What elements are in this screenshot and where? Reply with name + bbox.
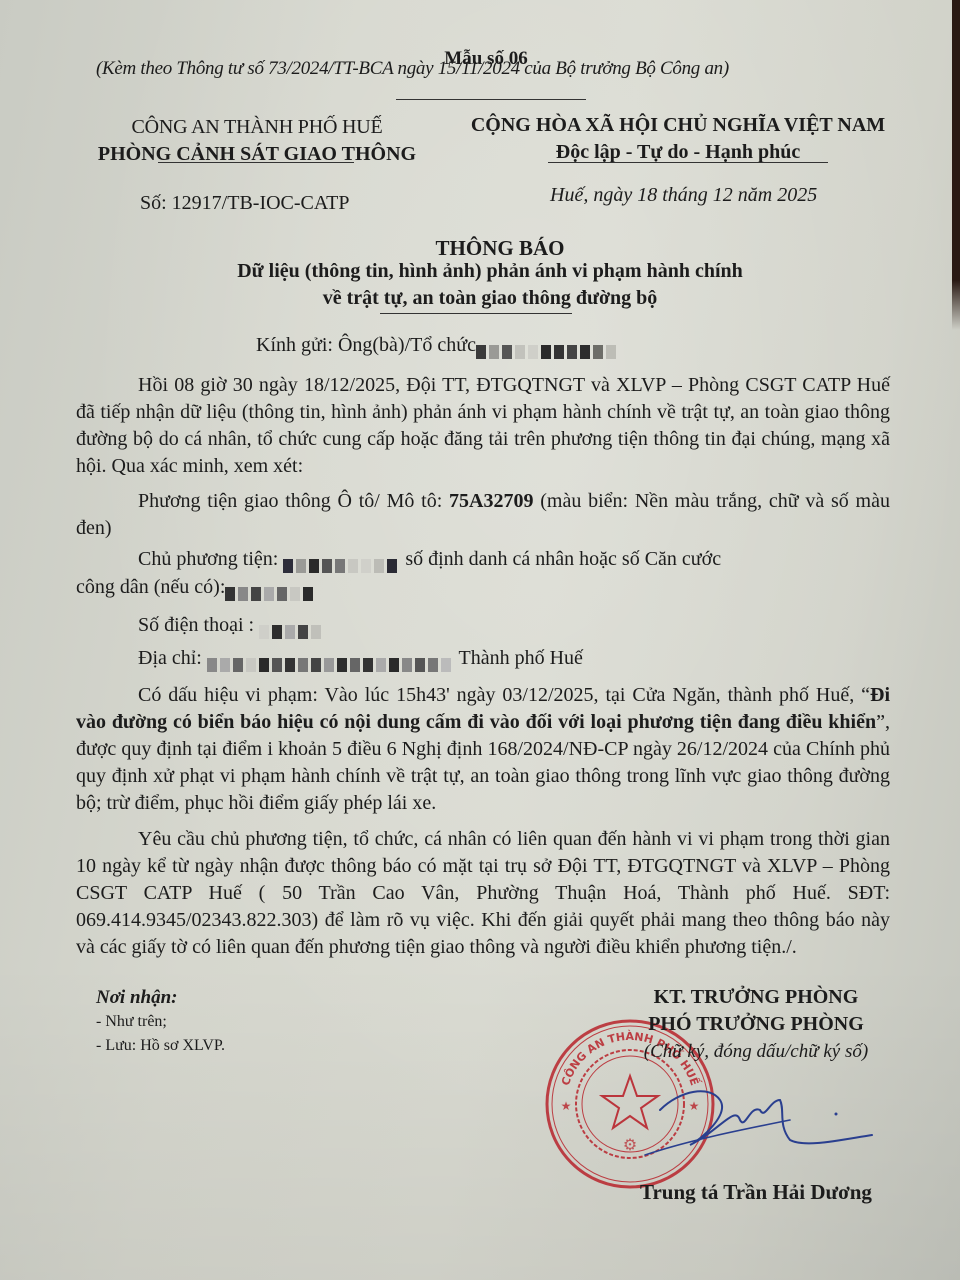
divider [396, 99, 586, 100]
recipients-block: Nơi nhận: - Như trên; - Lưu: Hồ sơ XLVP. [96, 986, 225, 1058]
paragraph-violation: Có dấu hiệu vi phạm: Vào lúc 15h43' ngày… [76, 682, 890, 817]
place-date: Huế, ngày 18 tháng 12 năm 2025 [550, 184, 817, 207]
document-subtitle: Dữ liệu (thông tin, hình ảnh) phản ánh v… [0, 258, 960, 312]
address-line: Địa chỉ: Thành phố Huế [138, 647, 583, 670]
redacted-phone [259, 619, 324, 633]
signature-block: KT. TRƯỞNG PHÒNG PHÓ TRƯỞNG PHÒNG (Chữ k… [596, 984, 916, 1065]
signer-title-2: PHÓ TRƯỞNG PHÒNG [596, 1011, 916, 1038]
license-plate: 75A32709 [449, 490, 533, 512]
subtitle-line-2: về trật tự, an toàn giao thông đường bộ [10, 285, 960, 312]
phone-line: Số điện thoại : [138, 614, 324, 637]
divider [158, 162, 354, 163]
agency-department: PHÒNG CẢNH SÁT GIAO THÔNG [82, 141, 432, 168]
signer-name: Trung tá Trần Hải Dương [640, 1180, 872, 1205]
signature-note: (Chữ ký, đóng dấu/chữ ký số) [596, 1038, 916, 1065]
agency-parent: CÔNG AN THÀNH PHỐ HUẾ [82, 114, 432, 141]
salutation-label: Kính gửi: Ông(bà)/Tổ chức [256, 334, 476, 356]
nation-header: CỘNG HÒA XÃ HỘI CHỦ NGHĨA VIỆT NAM Độc l… [448, 112, 908, 166]
recipients-heading: Nơi nhận: [96, 986, 225, 1010]
redacted-owner-name [283, 553, 400, 567]
salutation: Kính gửi: Ông(bà)/Tổ chức [256, 334, 619, 357]
paragraph-vehicle: Phương tiện giao thông Ô tô/ Mô tô: 75A3… [76, 488, 890, 542]
owner-id-line: công dân (nếu có): [76, 576, 316, 599]
subtitle-line-1: Dữ liệu (thông tin, hình ảnh) phản ánh v… [10, 258, 960, 285]
svg-text:★: ★ [561, 1099, 572, 1113]
redacted-address [207, 652, 454, 666]
svg-text:⚙: ⚙ [623, 1135, 637, 1154]
document-number: Số: 12917/TB-IOC-CATP [140, 192, 349, 215]
redacted-id-number [225, 581, 316, 595]
signer-title-1: KT. TRƯỞNG PHÒNG [596, 984, 916, 1011]
nation-name: CỘNG HÒA XÃ HỘI CHỦ NGHĨA VIỆT NAM [448, 112, 908, 139]
agency-header: CÔNG AN THÀNH PHỐ HUẾ PHÒNG CẢNH SÁT GIA… [82, 114, 432, 168]
handwritten-signature [640, 1070, 880, 1170]
recipient-item: - Lưu: Hồ sơ XLVP. [96, 1034, 225, 1058]
divider [548, 162, 828, 163]
owner-line: Chủ phương tiện: số định danh cá nhân ho… [138, 548, 721, 571]
paragraph-request: Yêu cầu chủ phương tiện, tổ chức, cá nhâ… [76, 826, 890, 961]
form-reference: (Kèm theo Thông tư số 73/2024/TT-BCA ngà… [96, 58, 729, 80]
divider [380, 313, 572, 314]
redacted-recipient-name [476, 339, 619, 353]
paragraph-received: Hồi 08 giờ 30 ngày 18/12/2025, Đội TT, Đ… [76, 372, 890, 480]
recipient-item: - Như trên; [96, 1010, 225, 1034]
